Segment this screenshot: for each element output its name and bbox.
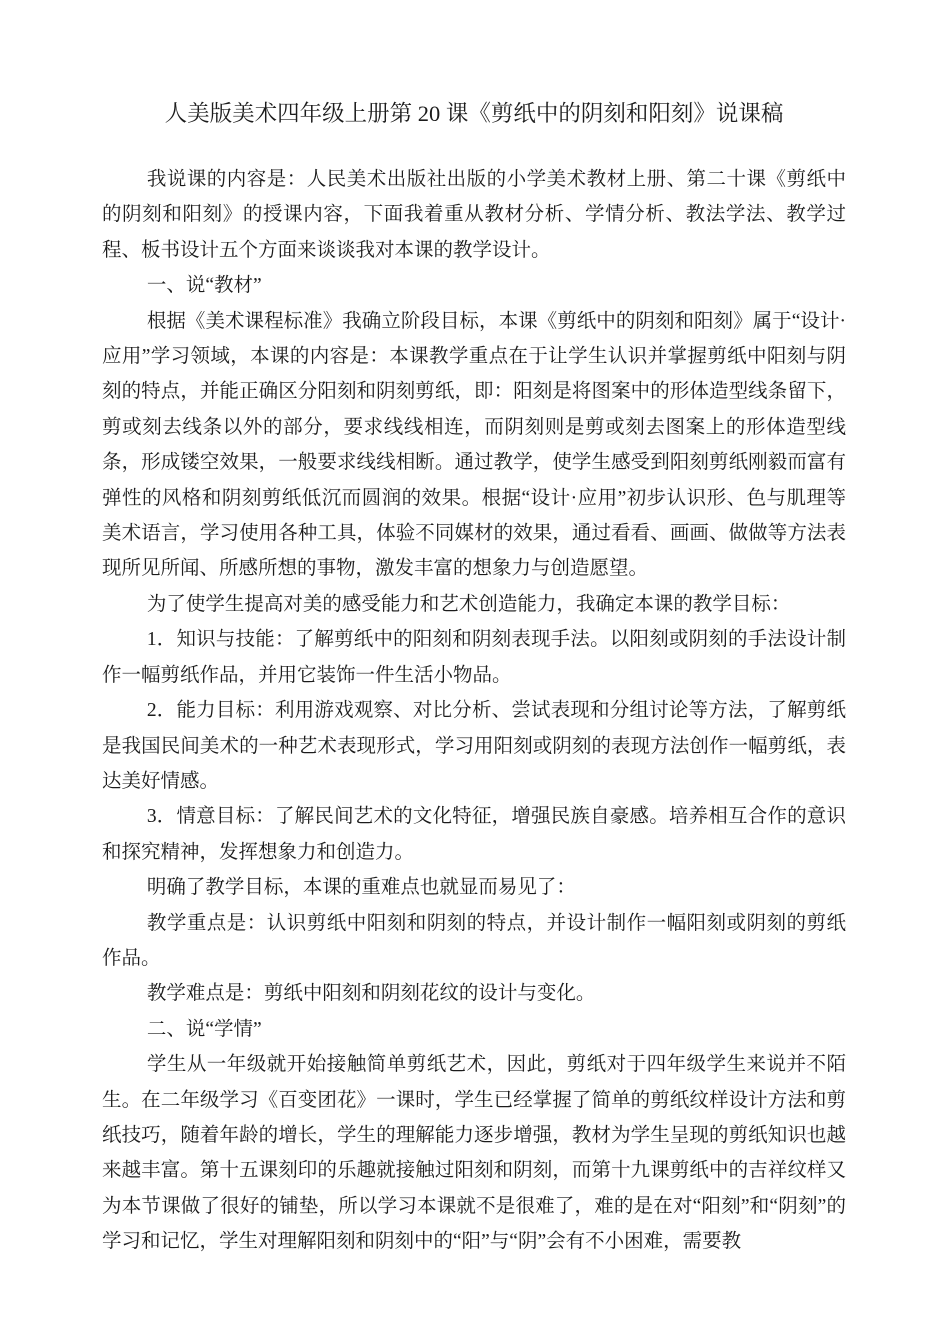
paragraph-goal-affective: 3．情意目标：了解民间艺术的文化特征，增强民族自豪感。培养相互合作的意识和探究精… — [102, 799, 846, 870]
paragraph-key-points-lead-in: 明确了教学目标，本课的重难点也就显而易见了： — [102, 870, 846, 905]
paragraph-curriculum-analysis: 根据《美术课程标准》我确立阶段目标，本课《剪纸中的阴刻和阳刻》属于“设计·应用”… — [102, 304, 846, 587]
paragraph-intro: 我说课的内容是：人民美术出版社出版的小学美术教材上册、第二十课《剪纸中的阴刻和阳… — [102, 162, 846, 268]
paragraph-teaching-difficulty: 教学难点是：剪纸中阳刻和阴刻花纹的设计与变化。 — [102, 976, 846, 1011]
paragraph-teaching-focus: 教学重点是：认识剪纸中阳刻和阴刻的特点，并设计制作一幅阳刻或阴刻的剪纸作品。 — [102, 906, 846, 977]
document-title: 人美版美术四年级上册第 20 课《剪纸中的阴刻和阳刻》说课稿 — [102, 95, 846, 133]
section-heading-learner-analysis: 二、说“学情” — [102, 1012, 846, 1047]
section-heading-teaching-material: 一、说“教材” — [102, 268, 846, 303]
paragraph-goal-knowledge-skills: 1．知识与技能：了解剪纸中的阳刻和阴刻表现手法。以阳刻或阴刻的手法设计制作一幅剪… — [102, 622, 846, 693]
paragraph-goals-lead-in: 为了使学生提高对美的感受能力和艺术创造能力，我确定本课的教学目标： — [102, 587, 846, 622]
paragraph-learner-analysis: 学生从一年级就开始接触简单剪纸艺术，因此，剪纸对于四年级学生来说并不陌生。在二年… — [102, 1047, 846, 1259]
document-body: 人美版美术四年级上册第 20 课《剪纸中的阴刻和阳刻》说课稿 我说课的内容是：人… — [102, 95, 846, 1260]
paragraph-goal-ability: 2．能力目标：利用游戏观察、对比分析、尝试表现和分组讨论等方法，了解剪纸是我国民… — [102, 693, 846, 799]
document-page: 人美版美术四年级上册第 20 课《剪纸中的阴刻和阳刻》说课稿 我说课的内容是：人… — [0, 0, 950, 1344]
